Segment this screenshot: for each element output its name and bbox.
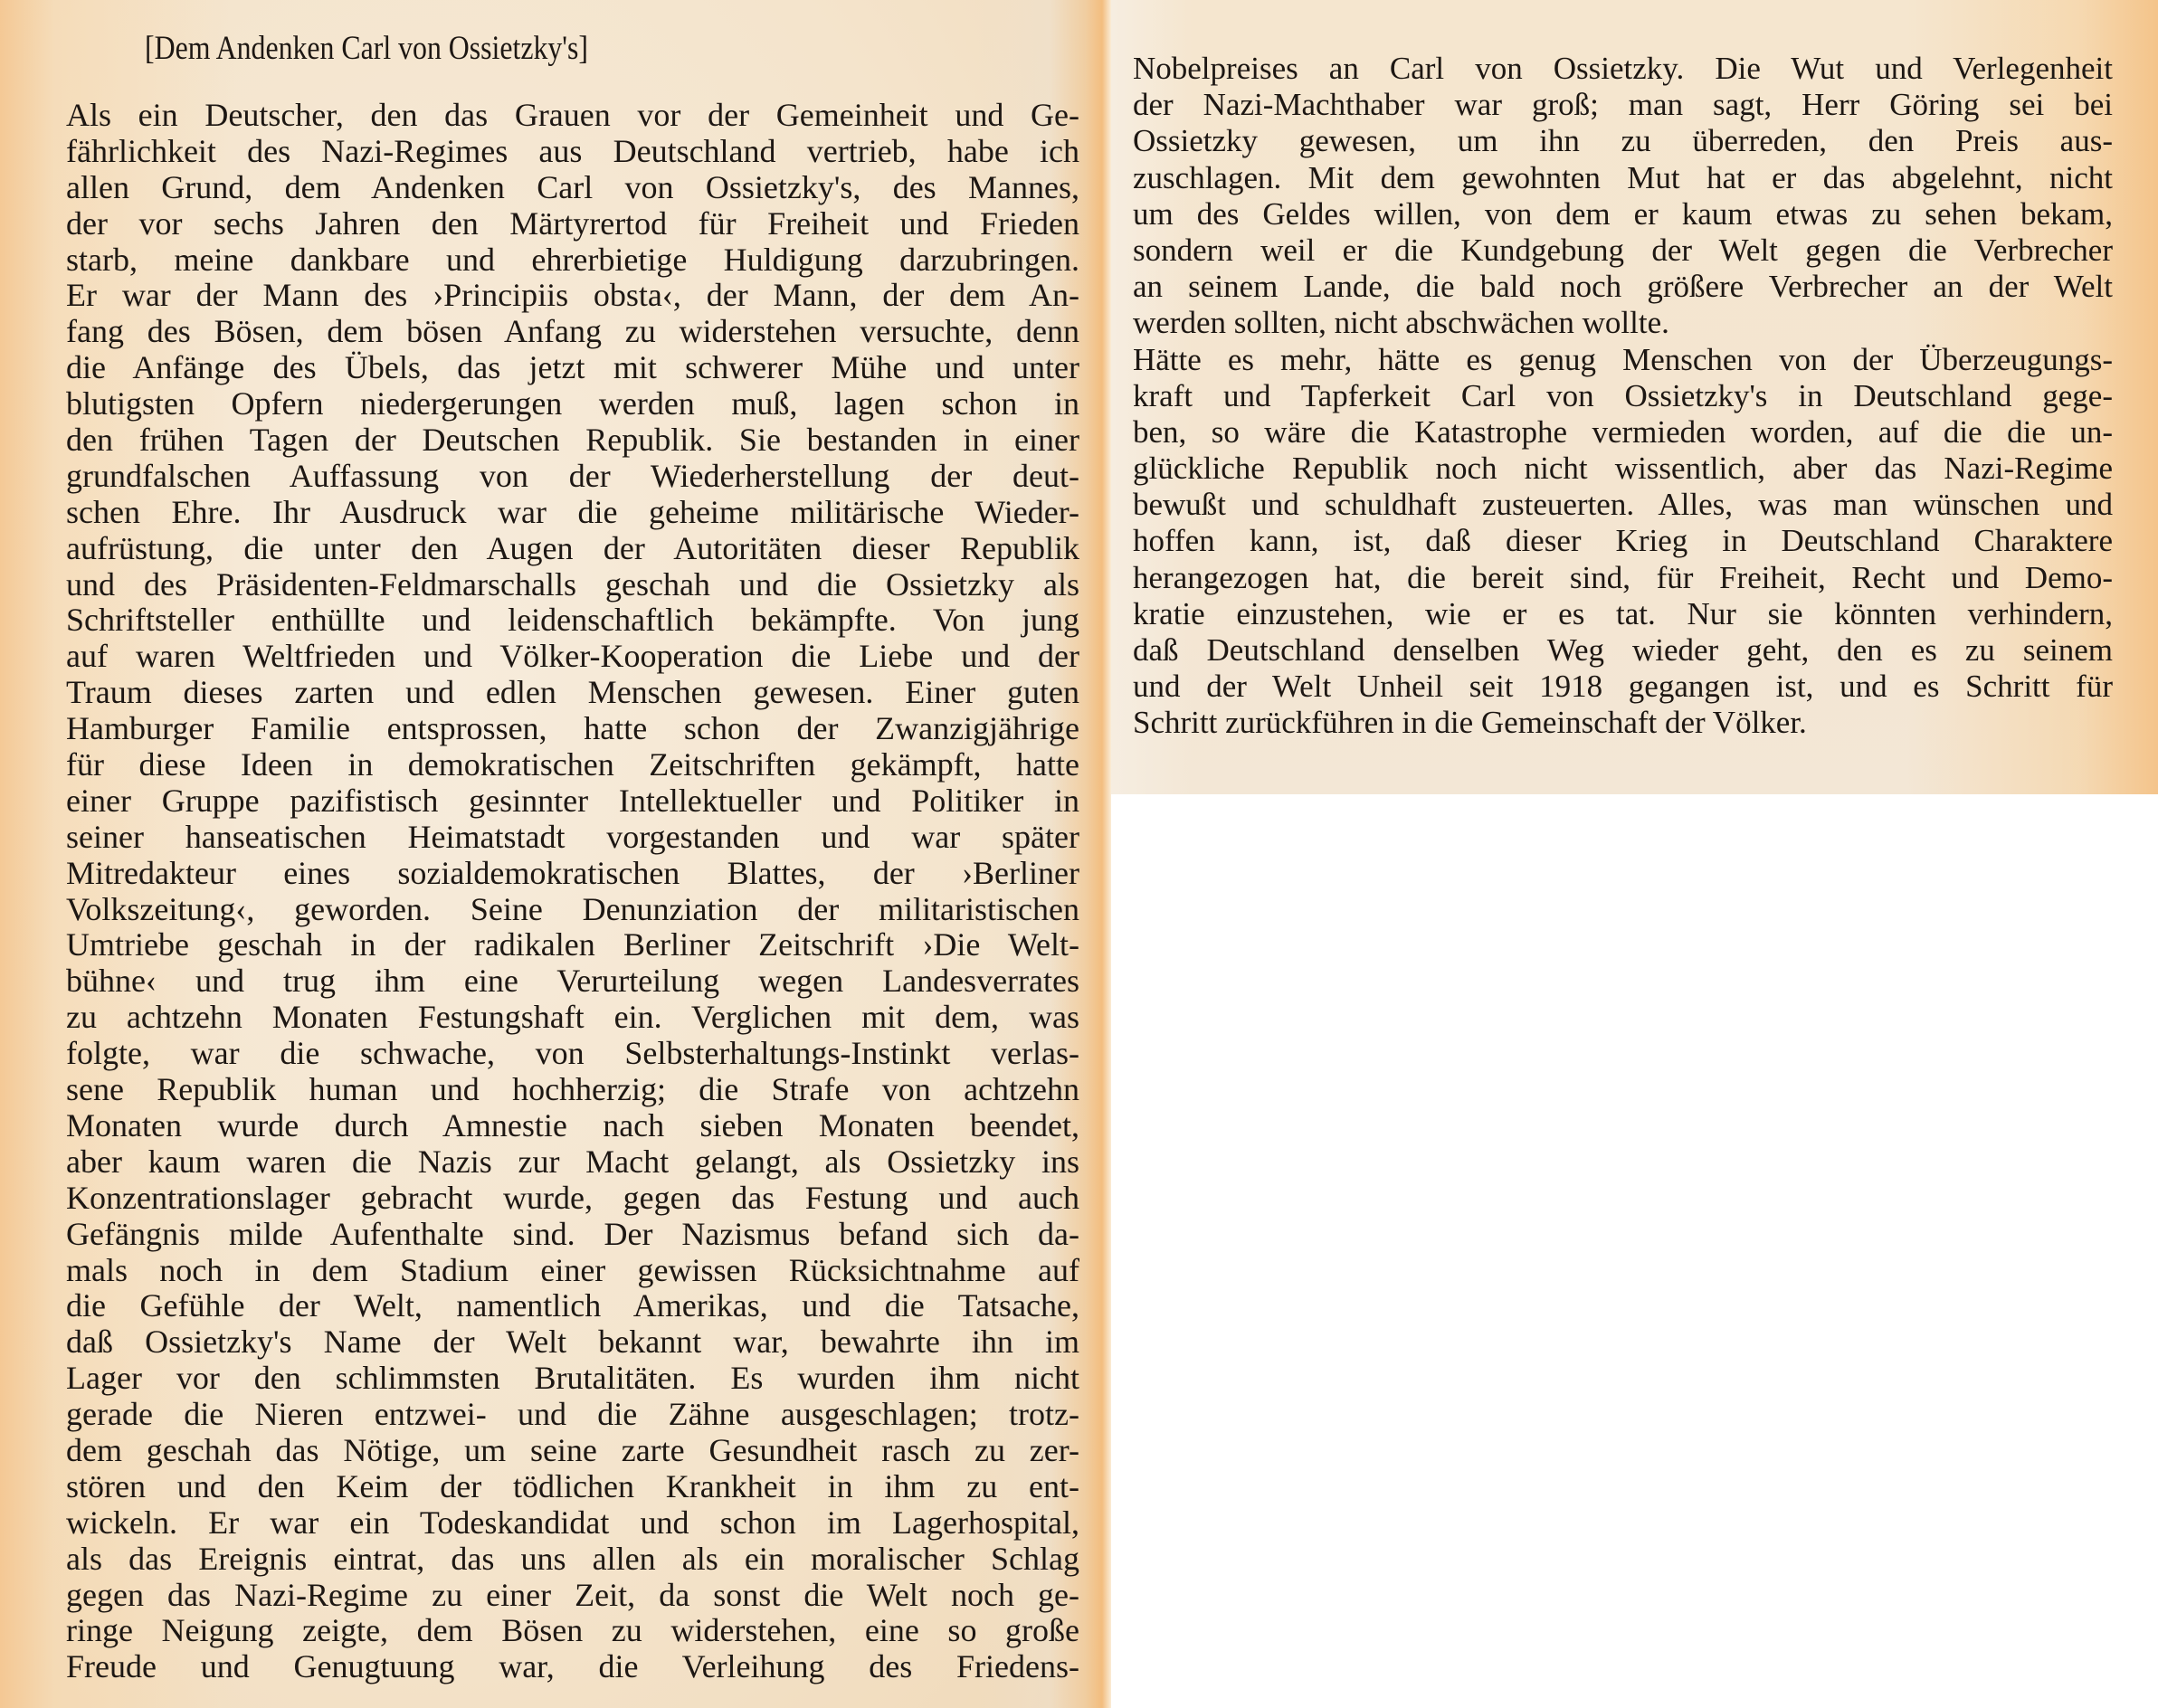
text-line: kratie einzustehen, wie er es tat. Nur s… <box>1133 596 2113 632</box>
text-line: wickeln. Er war ein Todeskandidat und sc… <box>66 1505 1079 1542</box>
text-line: auf waren Weltfrieden und Völker-Koopera… <box>66 639 1079 675</box>
text-line: um des Geldes willen, von dem er kaum et… <box>1133 196 2113 232</box>
text-line: allen Grund, dem Andenken Carl von Ossie… <box>66 170 1079 206</box>
text-line: die Anfänge des Übels, das jetzt mit sch… <box>66 350 1079 386</box>
text-line: Monaten wurde durch Amnestie nach sieben… <box>66 1108 1079 1144</box>
text-line: und des Präsidenten-Feldmarschalls gesch… <box>66 567 1079 603</box>
text-line: Konzentrationslager gebracht wurde, gege… <box>66 1181 1079 1217</box>
text-line: daß Ossietzky's Name der Welt bekannt wa… <box>66 1324 1079 1361</box>
text-line: grundfalschen Auffassung von der Wiederh… <box>66 459 1079 495</box>
text-line: Ossietzky gewesen, um ihn zu überreden, … <box>1133 123 2113 159</box>
text-line: die Gefühle der Welt, namentlich Amerika… <box>66 1288 1079 1324</box>
text-line: blutigsten Opfern niedergerungen werden … <box>66 386 1079 422</box>
text-line: zu achtzehn Monaten Festungshaft ein. Ve… <box>66 1000 1079 1036</box>
text-line: daß Deutschland denselben Weg wieder geh… <box>1133 632 2113 669</box>
text-line: ben, so wäre die Katastrophe vermieden w… <box>1133 414 2113 451</box>
text-line: werden sollten, nicht abschwächen wollte… <box>1133 305 2113 341</box>
text-line: Gefängnis milde Aufenthalte sind. Der Na… <box>66 1217 1079 1253</box>
text-line: fährlichkeit des Nazi-Regimes aus Deutsc… <box>66 134 1079 170</box>
text-line: für diese Ideen in demokratischen Zeitsc… <box>66 747 1079 783</box>
text-line: sene Republik human und hochherzig; die … <box>66 1072 1079 1108</box>
text-line: einer Gruppe pazifistisch gesinnter Inte… <box>66 783 1079 820</box>
text-line: Traum dieses zarten und edlen Menschen g… <box>66 675 1079 711</box>
text-line: fang des Bösen, dem bösen Anfang zu wide… <box>66 314 1079 350</box>
text-line: Schritt zurückführen in die Gemeinschaft… <box>1133 705 2113 741</box>
text-line: hoffen kann, ist, daß dieser Krieg in De… <box>1133 523 2113 559</box>
text-line: schen Ehre. Ihr Ausdruck war die geheime… <box>66 495 1079 531</box>
text-line: folgte, war die schwache, von Selbsterha… <box>66 1036 1079 1072</box>
text-line: und der Welt Unheil seit 1918 gegangen i… <box>1133 669 2113 705</box>
text-line: Lager vor den schlimmsten Brutalitäten. … <box>66 1361 1079 1397</box>
text-line: den frühen Tagen der Deutschen Republik.… <box>66 422 1079 459</box>
text-line: Mitredakteur eines sozialdemokratischen … <box>66 856 1079 892</box>
text-line: mals noch in dem Stadium einer gewissen … <box>66 1253 1079 1289</box>
text-line: Hätte es mehr, hätte es genug Menschen v… <box>1133 342 2113 378</box>
left-page-body-text: Als ein Deutscher, den das Grauen vor de… <box>66 98 1079 1685</box>
text-line: gegen das Nazi-Regime zu einer Zeit, da … <box>66 1578 1079 1614</box>
text-line: glückliche Republik noch nicht wissentli… <box>1133 451 2113 487</box>
text-line: Freude und Genugtuung war, die Verleihun… <box>66 1649 1079 1685</box>
text-line: bewußt und schuldhaft zusteuerten. Alles… <box>1133 487 2113 523</box>
left-book-page: [Dem Andenken Carl von Ossietzky's] Als … <box>0 0 1111 1708</box>
text-line: sondern weil er die Kundgebung der Welt … <box>1133 232 2113 269</box>
text-line: ringe Neigung zeigte, dem Bösen zu wider… <box>66 1613 1079 1649</box>
text-line: der vor sechs Jahren den Märtyrertod für… <box>66 206 1079 242</box>
text-line: stören und den Keim der tödlichen Krankh… <box>66 1469 1079 1505</box>
text-line: zuschlagen. Mit dem gewohnten Mut hat er… <box>1133 160 2113 196</box>
blank-background <box>1111 794 2158 1708</box>
text-line: Umtriebe geschah in der radikalen Berlin… <box>66 927 1079 963</box>
page-title: [Dem Andenken Carl von Ossietzky's] <box>145 29 588 68</box>
right-book-page: Nobelpreises an Carl von Ossietzky. Die … <box>1111 0 2158 794</box>
text-line: als das Ereignis eintrat, das uns allen … <box>66 1542 1079 1578</box>
text-line: Er war der Mann des ›Principiis obsta‹, … <box>66 278 1079 314</box>
text-line: dem geschah das Nötige, um seine zarte G… <box>66 1433 1079 1469</box>
text-line: Nobelpreises an Carl von Ossietzky. Die … <box>1133 51 2113 87</box>
text-line: herangezogen hat, die bereit sind, für F… <box>1133 560 2113 596</box>
text-line: an seinem Lande, die bald noch größere V… <box>1133 269 2113 305</box>
text-line: gerade die Nieren entzwei- und die Zähne… <box>66 1397 1079 1433</box>
text-line: Schriftsteller enthüllte und leidenschaf… <box>66 603 1079 639</box>
text-line: aber kaum waren die Nazis zur Macht gela… <box>66 1144 1079 1181</box>
text-line: aufrüstung, die unter den Augen der Auto… <box>66 531 1079 567</box>
text-line: Hamburger Familie entsprossen, hatte sch… <box>66 711 1079 747</box>
text-line: kraft und Tapferkeit Carl von Ossietzky'… <box>1133 378 2113 414</box>
text-line: seiner hanseatischen Heimatstadt vorgest… <box>66 820 1079 856</box>
right-page-body-text: Nobelpreises an Carl von Ossietzky. Die … <box>1133 51 2113 742</box>
text-line: Volkszeitung‹, geworden. Seine Denunziat… <box>66 892 1079 928</box>
text-line: Als ein Deutscher, den das Grauen vor de… <box>66 98 1079 134</box>
text-line: starb, meine dankbare und ehrerbietige H… <box>66 242 1079 279</box>
text-line: bühne‹ und trug ihm eine Verurteilung we… <box>66 963 1079 1000</box>
text-line: der Nazi-Machthaber war groß; man sagt, … <box>1133 87 2113 123</box>
